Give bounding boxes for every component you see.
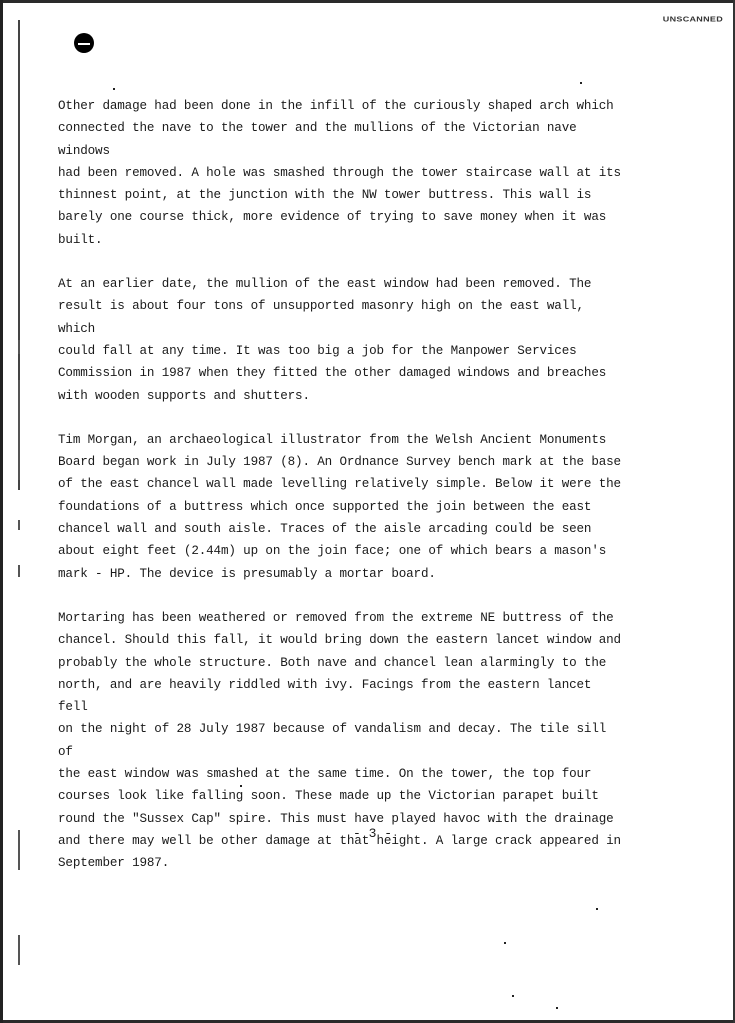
scan-top-border (0, 0, 735, 3)
margin-mark (18, 565, 20, 577)
scan-speck (596, 908, 598, 910)
document-body: Other damage had been done in the infill… (58, 95, 628, 897)
scan-speck (504, 942, 506, 944)
scan-speck (512, 995, 514, 997)
scan-left-edge (0, 0, 3, 1023)
margin-mark (18, 935, 20, 965)
paragraph-damage-infill: Other damage had been done in the infill… (58, 95, 628, 251)
scan-stamp: UNSCANNED (663, 15, 723, 24)
scan-speck (113, 88, 115, 90)
paragraph-east-window: At an earlier date, the mullion of the e… (58, 273, 628, 407)
margin-mark (18, 340, 20, 354)
scanned-page: UNSCANNED Other damage had been done in … (0, 0, 735, 1023)
page-number: - 3 - (0, 826, 735, 841)
margin-mark (18, 380, 20, 480)
punch-hole-icon (74, 33, 94, 53)
margin-mark (18, 520, 20, 530)
scan-speck (556, 1007, 558, 1009)
scan-speck (580, 82, 582, 84)
paragraph-tim-morgan: Tim Morgan, an archaeological illustrato… (58, 429, 628, 585)
